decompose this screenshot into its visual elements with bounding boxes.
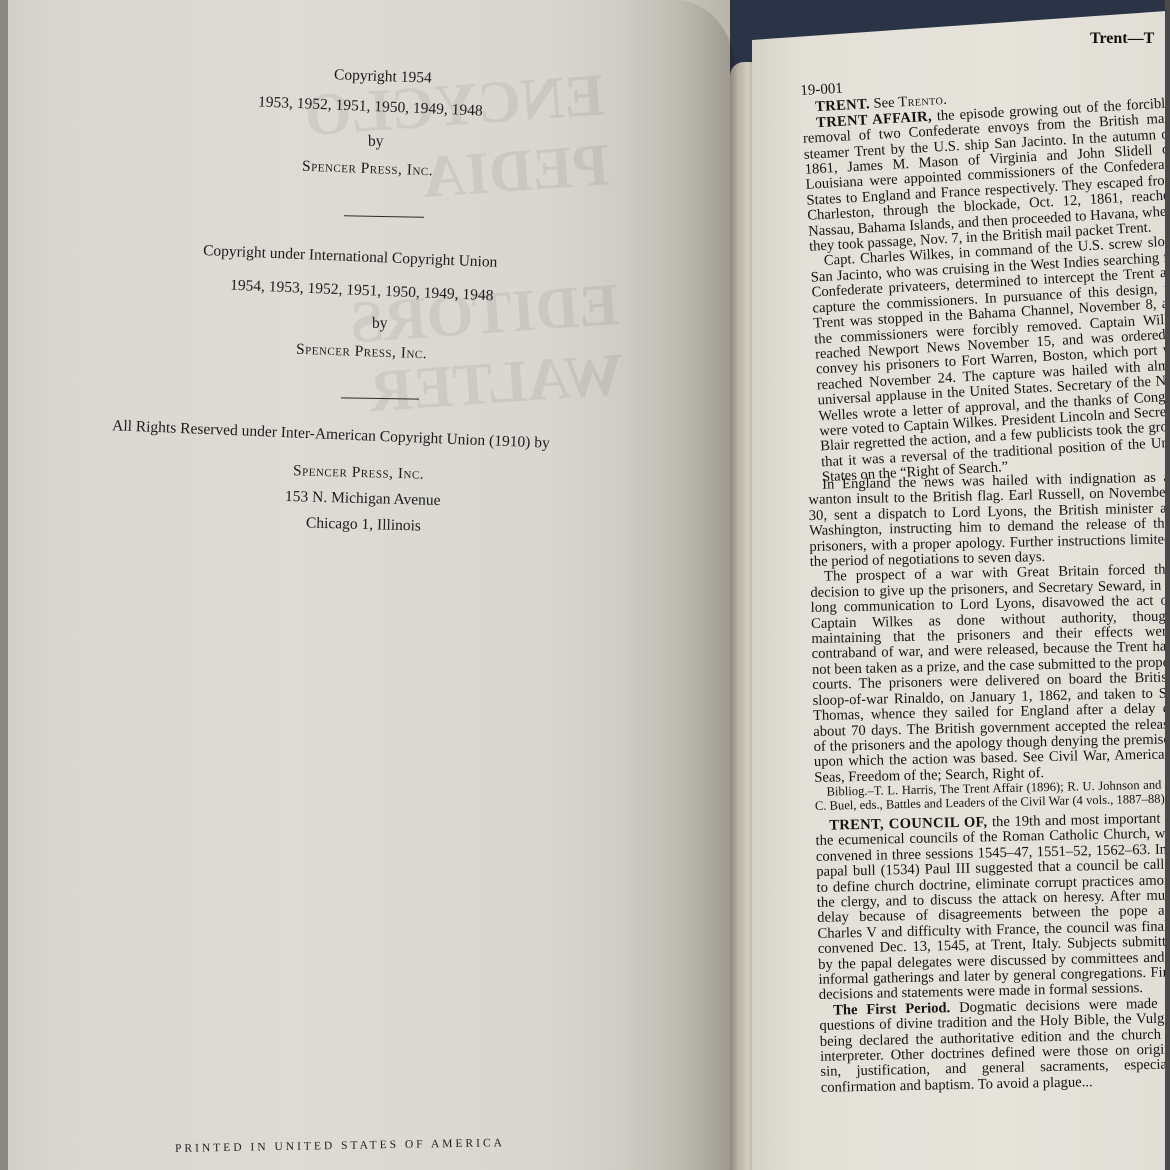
copyright-year: Copyright 1954 <box>334 66 432 87</box>
page-edge <box>1165 0 1170 1170</box>
publisher-address-city: Chicago 1, Illinois <box>306 514 421 535</box>
publisher-address-street: 153 N. Michigan Avenue <box>285 488 441 510</box>
publisher-name-2: Spencer Press, Inc. <box>296 341 428 364</box>
entry-trent-affair: TRENT AFFAIR, the episode growing out of… <box>802 96 1170 255</box>
encyclopedia-column-lower: In England the news was hailed with indi… <box>808 470 1170 1096</box>
rights-reserved-line: All Rights Reserved under Inter-American… <box>112 417 550 453</box>
page-curl-shadow <box>620 0 735 1170</box>
divider-rule-2 <box>341 397 419 399</box>
left-page-copyright: ENCYCLOPEDIA EDITORSWALTER Copyright 195… <box>0 0 730 1170</box>
publisher-name: Spencer Press, Inc. <box>302 158 434 181</box>
printed-in-usa: PRINTED IN UNITED STATES OF AMERICA <box>175 1137 505 1155</box>
intl-copyright-years: 1954, 1953, 1952, 1951, 1950, 1949, 1948 <box>230 277 494 306</box>
encyclopedia-column: 19-001 TRENT. See Trento. TRENT AFFAIR, … <box>800 63 1170 486</box>
intl-copyright-title: Copyright under International Copyright … <box>203 242 498 272</box>
entry-trent-council: TRENT, COUNCIL OF, the 19th and most imp… <box>815 811 1170 1003</box>
running-head: Trent—T <box>1090 30 1154 48</box>
trent-affair-paragraph-2: Capt. Charles Wilkes, in command of the … <box>810 235 1170 486</box>
by-label: by <box>368 133 384 151</box>
publisher-name-3: Spencer Press, Inc. <box>293 462 425 483</box>
divider-rule <box>344 215 424 217</box>
by-label-2: by <box>372 315 388 333</box>
trent-affair-paragraph-4: The prospect of a war with Great Britain… <box>810 563 1170 786</box>
copyright-years-list: 1953, 1952, 1951, 1950, 1949, 1948 <box>258 93 483 120</box>
trent-council-first-period: The First Period. Dogmatic decisions wer… <box>819 996 1170 1096</box>
trent-affair-paragraph-3: In England the news was hailed with indi… <box>808 470 1170 570</box>
